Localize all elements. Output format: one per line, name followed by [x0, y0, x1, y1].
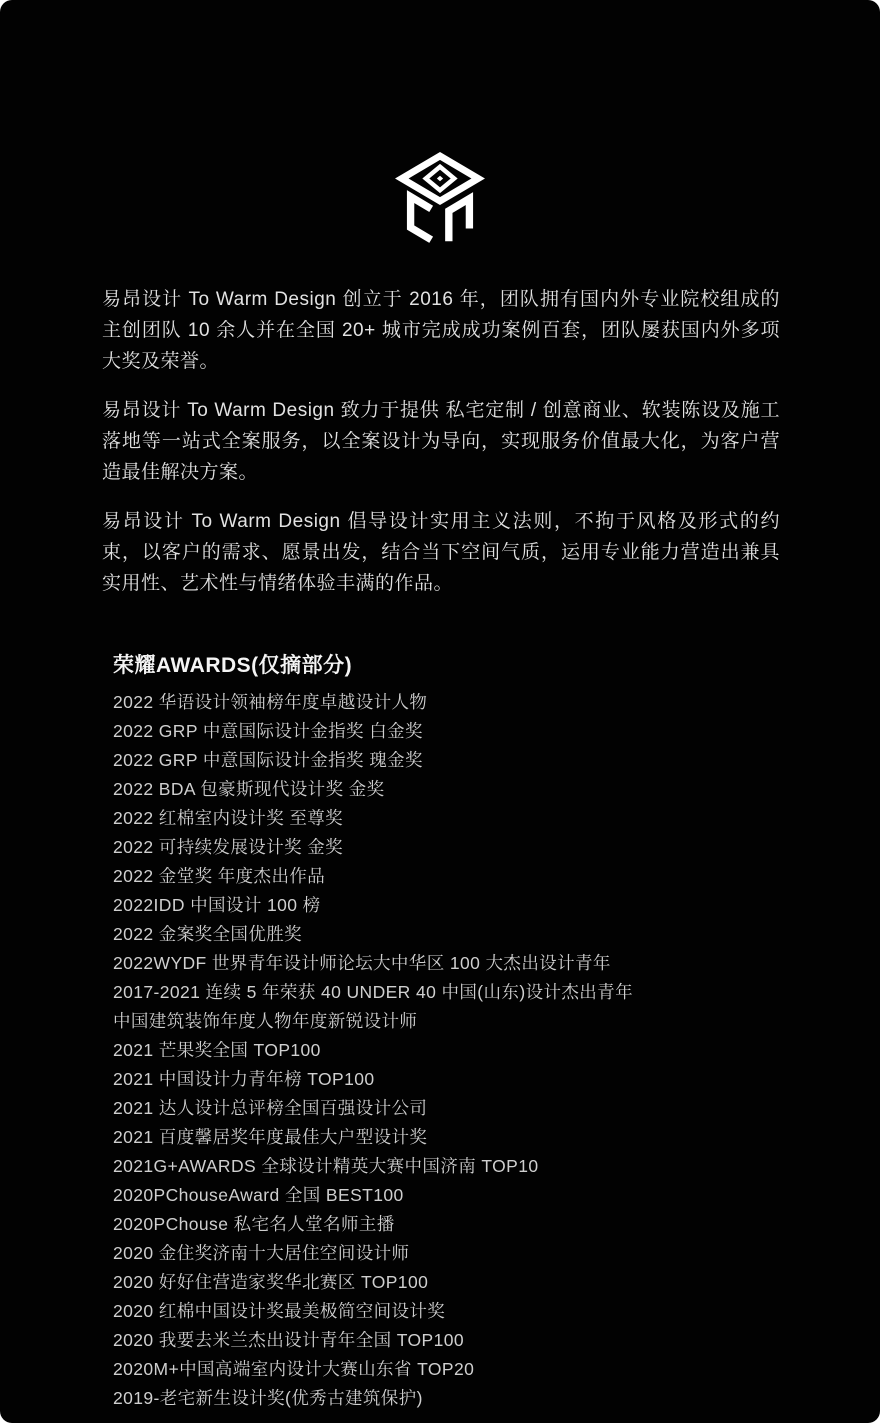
award-item: 2021 芒果奖全国 TOP100	[113, 1036, 780, 1065]
award-item: 2021 百度馨居奖年度最佳大户型设计奖	[113, 1123, 780, 1152]
award-item: 2020 金住奖济南十大居住空间设计师	[113, 1239, 780, 1268]
award-item: 中国建筑装饰年度人物年度新锐设计师	[113, 1007, 780, 1036]
award-item: 2022WYDF 世界青年设计师论坛大中华区 100 大杰出设计青年	[113, 949, 780, 978]
award-item: 2022 GRP 中意国际设计金指奖 瑰金奖	[113, 746, 780, 775]
awards-heading: 荣耀AWARDS(仅摘部分)	[113, 649, 780, 679]
award-item: 2021 中国设计力青年榜 TOP100	[113, 1065, 780, 1094]
isometric-cube-logo-icon	[391, 150, 489, 256]
award-item: 2022 华语设计领袖榜年度卓越设计人物	[113, 688, 780, 717]
about-paragraph-philosophy: 易昂设计 To Warm Design 倡导设计实用主义法则，不拘于风格及形式的…	[102, 506, 780, 599]
about-paragraph-founding: 易昂设计 To Warm Design 创立于 2016 年，团队拥有国内外专业…	[102, 284, 780, 377]
award-item: 2022 金案奖全国优胜奖	[113, 920, 780, 949]
award-item: 2017-2021 连续 5 年荣获 40 UNDER 40 中国(山东)设计杰…	[113, 978, 780, 1007]
about-section: 易昂设计 To Warm Design 创立于 2016 年，团队拥有国内外专业…	[0, 256, 880, 599]
award-item: 2022 BDA 包豪斯现代设计奖 金奖	[113, 775, 780, 804]
award-item: 2020PChouseAward 全国 BEST100	[113, 1181, 780, 1210]
award-item: 2019-老宅新生设计奖(优秀古建筑保护)	[113, 1384, 780, 1413]
award-item: 2020 红棉中国设计奖最美极简空间设计奖	[113, 1297, 780, 1326]
award-item: 2022 红棉室内设计奖 至尊奖	[113, 804, 780, 833]
award-item: 2022 可持续发展设计奖 金奖	[113, 833, 780, 862]
awards-list: 2022 华语设计领袖榜年度卓越设计人物 2022 GRP 中意国际设计金指奖 …	[113, 688, 780, 1413]
award-item: 2020PChouse 私宅名人堂名师主播	[113, 1210, 780, 1239]
awards-section: 荣耀AWARDS(仅摘部分) 2022 华语设计领袖榜年度卓越设计人物 2022…	[0, 649, 880, 1413]
award-item: 2021 达人设计总评榜全国百强设计公司	[113, 1094, 780, 1123]
award-item: 2022 GRP 中意国际设计金指奖 白金奖	[113, 717, 780, 746]
about-paragraph-services: 易昂设计 To Warm Design 致力于提供 私宅定制 / 创意商业、软装…	[102, 395, 780, 488]
award-item: 2020 好好住营造家奖华北赛区 TOP100	[113, 1268, 780, 1297]
award-item: 2022 金堂奖 年度杰出作品	[113, 862, 780, 891]
profile-page: 易昂设计 To Warm Design 创立于 2016 年，团队拥有国内外专业…	[0, 0, 880, 1423]
award-item: 2020 我要去米兰杰出设计青年全国 TOP100	[113, 1326, 780, 1355]
award-item: 2021G+AWARDS 全球设计精英大赛中国济南 TOP10	[113, 1152, 780, 1181]
award-item: 2020M+中国高端室内设计大赛山东省 TOP20	[113, 1355, 780, 1384]
award-item: 2022IDD 中国设计 100 榜	[113, 891, 780, 920]
logo-container	[0, 0, 880, 256]
